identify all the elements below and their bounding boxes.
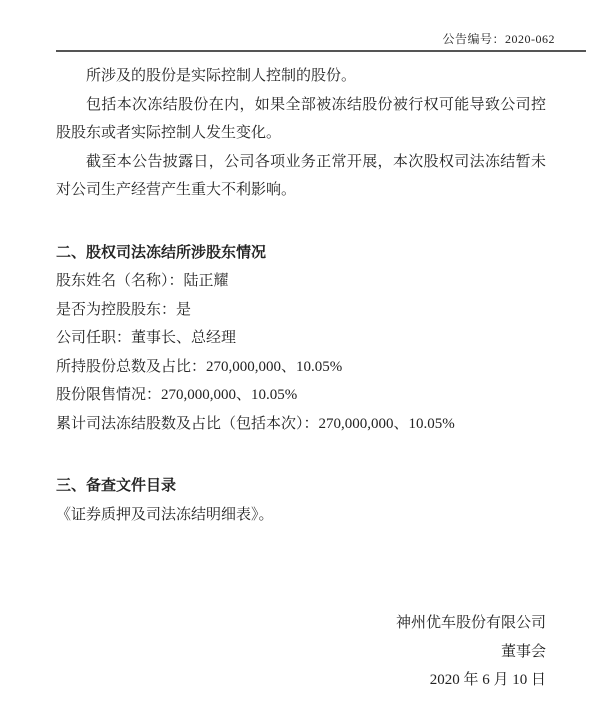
signature-company: 神州优车股份有限公司: [56, 609, 546, 638]
announcement-page: 公告编号：2020-062 所涉及的股份是实际控制人控制的股份。 包括本次冻结股…: [0, 0, 600, 706]
signature-date: 2020 年 6 月 10 日: [56, 666, 546, 695]
section3-heading: 三、备查文件目录: [56, 472, 546, 501]
document-body: 所涉及的股份是实际控制人控制的股份。 包括本次冻结股份在内，如果全部被冻结股份被…: [56, 62, 546, 695]
announcement-number: 公告编号：2020-062: [443, 30, 556, 47]
signature-block: 神州优车股份有限公司 董事会 2020 年 6 月 10 日: [56, 609, 546, 695]
section2-item-controlling-shareholder: 是否为控股股东：是: [56, 296, 546, 325]
section2-item-total-shares: 所持股份总数及占比：270,000,000、10.05%: [56, 353, 546, 382]
paragraph-shares-controlled: 所涉及的股份是实际控制人控制的股份。: [56, 62, 546, 91]
section3-reference-document: 《证券质押及司法冻结明细表》。: [56, 501, 546, 530]
section2-item-restricted-shares: 股份限售情况：270,000,000、10.05%: [56, 381, 546, 410]
section2-item-shareholder-name: 股东姓名（名称）：陆正耀: [56, 267, 546, 296]
header-rule: [56, 50, 586, 52]
section2-heading: 二、股权司法冻结所涉股东情况: [56, 239, 546, 268]
section2-item-company-position: 公司任职：董事长、总经理: [56, 324, 546, 353]
paragraph-freeze-consequence: 包括本次冻结股份在内，如果全部被冻结股份被行权可能导致公司控股股东或者实际控制人…: [56, 91, 546, 148]
paragraph-business-status: 截至本公告披露日，公司各项业务正常开展，本次股权司法冻结暂未对公司生产经营产生重…: [56, 148, 546, 205]
section2-item-cumulative-frozen: 累计司法冻结股数及占比（包括本次）：270,000,000、10.05%: [56, 410, 546, 439]
signature-board: 董事会: [56, 638, 546, 667]
